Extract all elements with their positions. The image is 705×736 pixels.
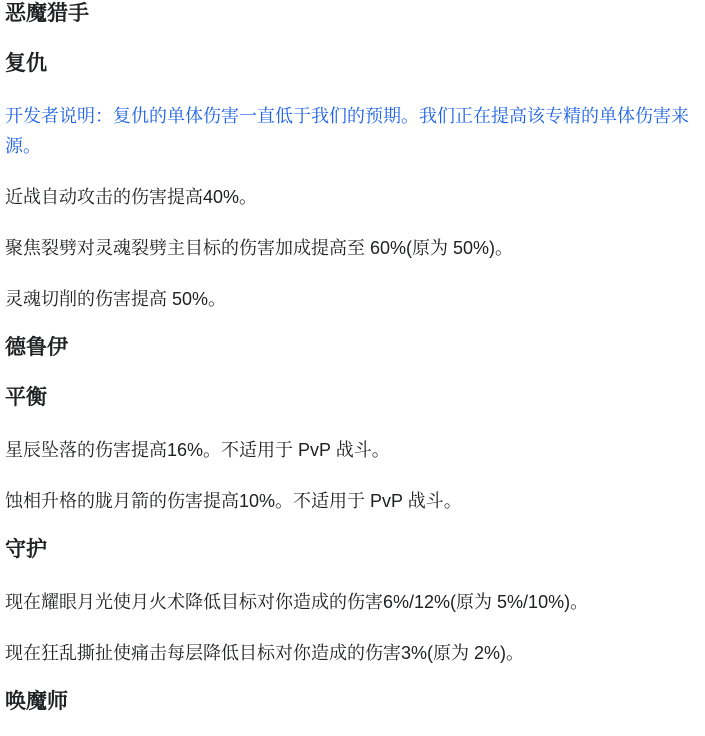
- patch-note-line: 聚焦裂劈对灵魂裂劈主目标的伤害加成提高至 60%(原为 50%)。: [5, 233, 693, 263]
- developer-note: 开发者说明：复仇的单体伤害一直低于我们的预期。我们正在提高该专精的单体伤害来源。: [5, 101, 693, 161]
- patch-note-line: 蚀相升格的胧月箭的伤害提高10%。不适用于 PvP 战斗。: [5, 486, 693, 516]
- heading-evoker: 唤魔师: [5, 689, 693, 715]
- patch-note-line: 现在耀眼月光使月火术降低目标对你造成的伤害6%/12%(原为 5%/10%)。: [5, 587, 693, 617]
- patch-note-line: 星辰坠落的伤害提高16%。不适用于 PvP 战斗。: [5, 435, 693, 465]
- heading-balance: 平衡: [5, 385, 693, 411]
- patch-note-line: 近战自动攻击的伤害提高40%。: [5, 182, 693, 212]
- patch-notes-page: 恶魔猎手 复仇 开发者说明：复仇的单体伤害一直低于我们的预期。我们正在提高该专精…: [0, 0, 705, 715]
- heading-demon-hunter: 恶魔猎手: [5, 1, 693, 27]
- patch-note-line: 现在狂乱撕扯使痛击每层降低目标对你造成的伤害3%(原为 2%)。: [5, 638, 693, 668]
- heading-guardian: 守护: [5, 537, 693, 563]
- patch-note-line: 灵魂切削的伤害提高 50%。: [5, 284, 693, 314]
- heading-druid: 德鲁伊: [5, 335, 693, 361]
- heading-vengeance: 复仇: [5, 51, 693, 77]
